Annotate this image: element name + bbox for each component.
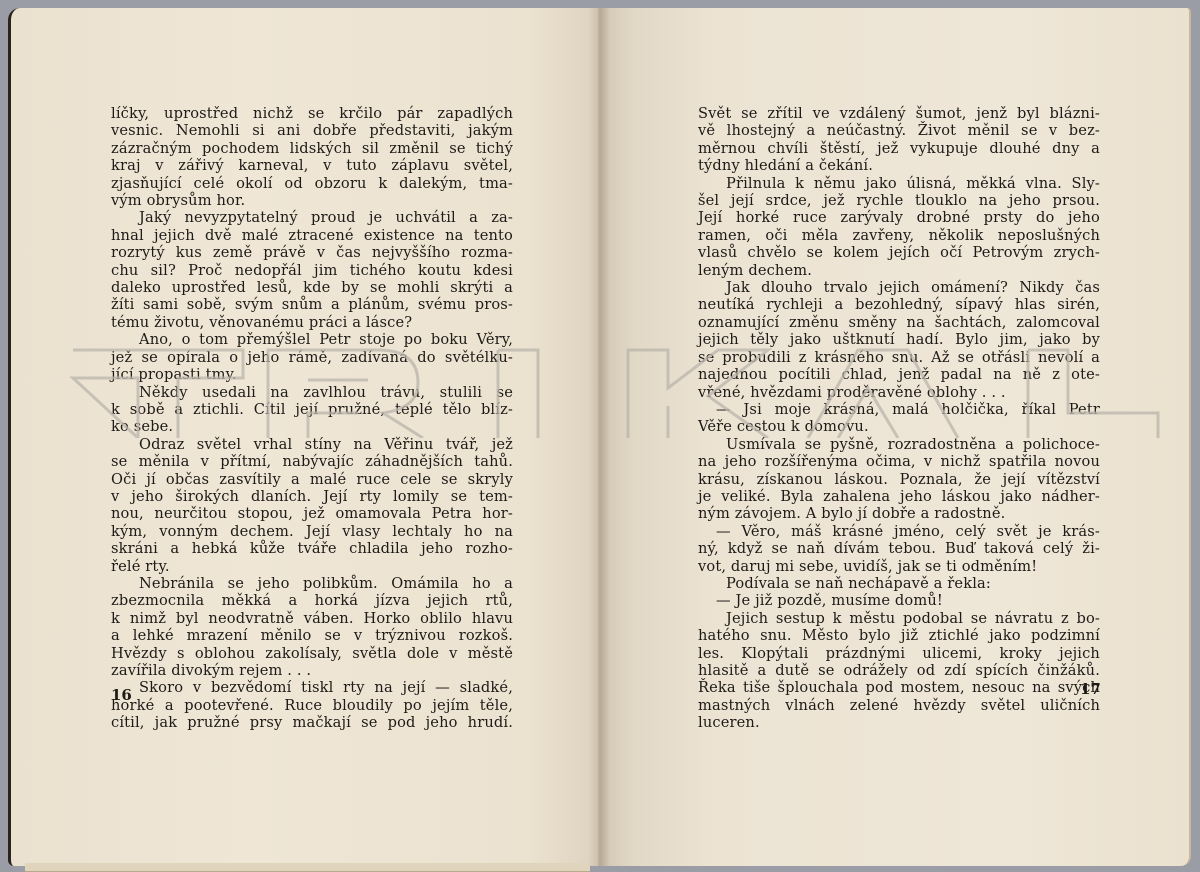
text-line: se probudili z krásného snu. Až se otřás…	[698, 349, 1100, 366]
page-number-left: 16	[111, 686, 132, 704]
right-page: Svět se zřítil ve vzdálený šumot, jenž b…	[598, 8, 1191, 866]
text-line: a lehké mrazení měnilo se v trýznivou ro…	[111, 627, 513, 644]
text-line: Ano, o tom přemýšlel Petr stoje po boku …	[111, 331, 513, 348]
text-line: líčky, uprostřed nichž se krčilo pár zap…	[111, 105, 513, 122]
text-line: les. Klopýtali prázdnými ulicemi, kroky …	[698, 645, 1100, 662]
text-line: Její horké ruce zarývaly drobné prsty do…	[698, 209, 1100, 226]
text-line: k sobě a ztichli. Cítil její pružné, tep…	[111, 401, 513, 418]
text-line: nou, neurčitou stopou, jež omamovala Pet…	[111, 505, 513, 522]
text-line: zavířila divokým rejem . . .	[111, 662, 513, 679]
text-line: zázračným pochodem lidských sil změnil s…	[111, 140, 513, 157]
text-line: Oči jí občas zasvítily a malé ruce cele …	[111, 471, 513, 488]
text-line: žíti sami sobě, svým snům a plánům, svém…	[111, 296, 513, 313]
book-gutter	[588, 8, 610, 866]
text-line: ramen, oči měla zavřeny, několik neposlu…	[698, 227, 1100, 244]
text-line: jící propasti tmy.	[111, 366, 513, 383]
text-line: zjasňující celé okolí od obzoru k daleký…	[111, 175, 513, 192]
text-line: týdny hledání a čekání.	[698, 157, 1100, 174]
text-line: se měnila v přítmí, nabývajíc záhadnější…	[111, 453, 513, 470]
text-line: vě lhostejný a neúčastný. Život měnil se…	[698, 122, 1100, 139]
text-line: Jak dlouho trvalo jejich omámení? Nikdy …	[698, 279, 1100, 296]
text-line: ko sebe.	[111, 418, 513, 435]
text-line: Někdy usedali na zavlhlou trávu, stulili…	[111, 384, 513, 401]
text-line: kým, vonným dechem. Její vlasy lechtaly …	[111, 523, 513, 540]
text-line: cítil, jak pružné prsy mačkají se pod je…	[111, 714, 513, 731]
text-line: vot, daruj mi sebe, uvidíš, jak se ti od…	[698, 558, 1100, 575]
right-page-text: Svět se zřítil ve vzdálený šumot, jenž b…	[698, 105, 1100, 732]
text-line: neutíká rychleji a bezohledný, sípavý hl…	[698, 296, 1100, 313]
text-line: měrnou chvíli štěstí, jež vykupuje dlouh…	[698, 140, 1100, 157]
text-line: rozrytý kus země právě v čas nejvyššího …	[111, 244, 513, 261]
text-line: šel její srdce, jež rychle tlouklo na je…	[698, 192, 1100, 209]
page-number-right: 17	[1080, 680, 1101, 698]
page-stack-edge	[25, 863, 590, 872]
text-line: Jaký nevyzpytatelný proud je uchvátil a …	[111, 209, 513, 226]
text-line: najednou pocítili chlad, jenž padal na n…	[698, 366, 1100, 383]
text-line: leným dechem.	[698, 262, 1100, 279]
text-line: je veliké. Byla zahalena jeho láskou jak…	[698, 488, 1100, 505]
text-line: ný, když se naň dívám tebou. Buď taková …	[698, 540, 1100, 557]
text-line: na jeho rozšířenýma očima, v nichž spatř…	[698, 453, 1100, 470]
text-line: kraj v zářivý karneval, v tuto záplavu s…	[111, 157, 513, 174]
text-line: k nimž byl neodvratně váben. Horko oblil…	[111, 610, 513, 627]
text-line: Přilnula k němu jako úlisná, měkká vlna.…	[698, 175, 1100, 192]
text-line: horké a pootevřené. Ruce bloudily po jej…	[111, 697, 513, 714]
text-line: jež se opírala o jeho rámě, zadívaná do …	[111, 349, 513, 366]
text-line: Podívala se naň nechápavě a řekla:	[698, 575, 1100, 592]
text-line: — Jsi moje krásná, malá holčička, říkal …	[698, 401, 1100, 418]
text-line: chu sil? Proč nedopřál jim tichého koutu…	[111, 262, 513, 279]
text-line: — Věro, máš krásné jméno, celý svět je k…	[698, 523, 1100, 540]
text-line: hatého snu. Město bylo již ztichlé jako …	[698, 627, 1100, 644]
text-line: tému životu, věnovanému práci a lásce?	[111, 314, 513, 331]
text-line: oznamující změnu směny na šachtách, zalo…	[698, 314, 1100, 331]
text-line: vým obrysům hor.	[111, 192, 513, 209]
text-line: hlasitě a dutě se odrážely od zdí spícíc…	[698, 662, 1100, 679]
text-line: vesnic. Nemohli si ani dobře představiti…	[111, 122, 513, 139]
text-line: Svět se zřítil ve vzdálený šumot, jenž b…	[698, 105, 1100, 122]
text-line: vlasů chvělo se kolem jejích očí Petrový…	[698, 244, 1100, 261]
text-line: jejich těly jako uštknutí hadí. Bylo jim…	[698, 331, 1100, 348]
text-line: zbezmocnila měkká a horká jízva jejich r…	[111, 592, 513, 609]
left-page-text: líčky, uprostřed nichž se krčilo pár zap…	[111, 105, 513, 732]
text-line: krásu, získanou láskou. Poznala, že její…	[698, 471, 1100, 488]
text-line: luceren.	[698, 714, 1100, 731]
book-spread: líčky, uprostřed nichž se krčilo pár zap…	[8, 8, 1191, 866]
left-page: líčky, uprostřed nichž se krčilo pár zap…	[8, 8, 598, 866]
text-line: Usmívala se pyšně, rozradostněna a polic…	[698, 436, 1100, 453]
text-line: hnal jejich dvě malé ztracené existence …	[111, 227, 513, 244]
text-line: skráni a hebká kůže tváře chladila jeho …	[111, 540, 513, 557]
text-line: daleko uprostřed lesů, kde by se mohli s…	[111, 279, 513, 296]
text-line: vřené, hvězdami proděravěné oblohy . . .	[698, 384, 1100, 401]
text-line: Řeka tiše šplouchala pod mostem, nesouc …	[698, 679, 1100, 696]
text-line: v jeho širokých dlaních. Její rty lomily…	[111, 488, 513, 505]
text-line: Věře cestou k domovu.	[698, 418, 1100, 435]
text-line: ným závojem. A bylo jí dobře a radostně.	[698, 505, 1100, 522]
text-line: Jejich sestup k městu podobal se návratu…	[698, 610, 1100, 627]
text-line: Hvězdy s oblohou zakolísaly, světla dole…	[111, 645, 513, 662]
text-line: mastných vlnách zelené hvězdy světel uli…	[698, 697, 1100, 714]
text-line: Skoro v bezvědomí tiskl rty na její — sl…	[111, 679, 513, 696]
text-line: — Je již pozdě, musíme domů!	[698, 592, 1100, 609]
text-line: řelé rty.	[111, 558, 513, 575]
text-line: Nebránila se jeho polibkům. Omámila ho a	[111, 575, 513, 592]
text-line: Odraz světel vrhal stíny na Věřinu tvář,…	[111, 436, 513, 453]
